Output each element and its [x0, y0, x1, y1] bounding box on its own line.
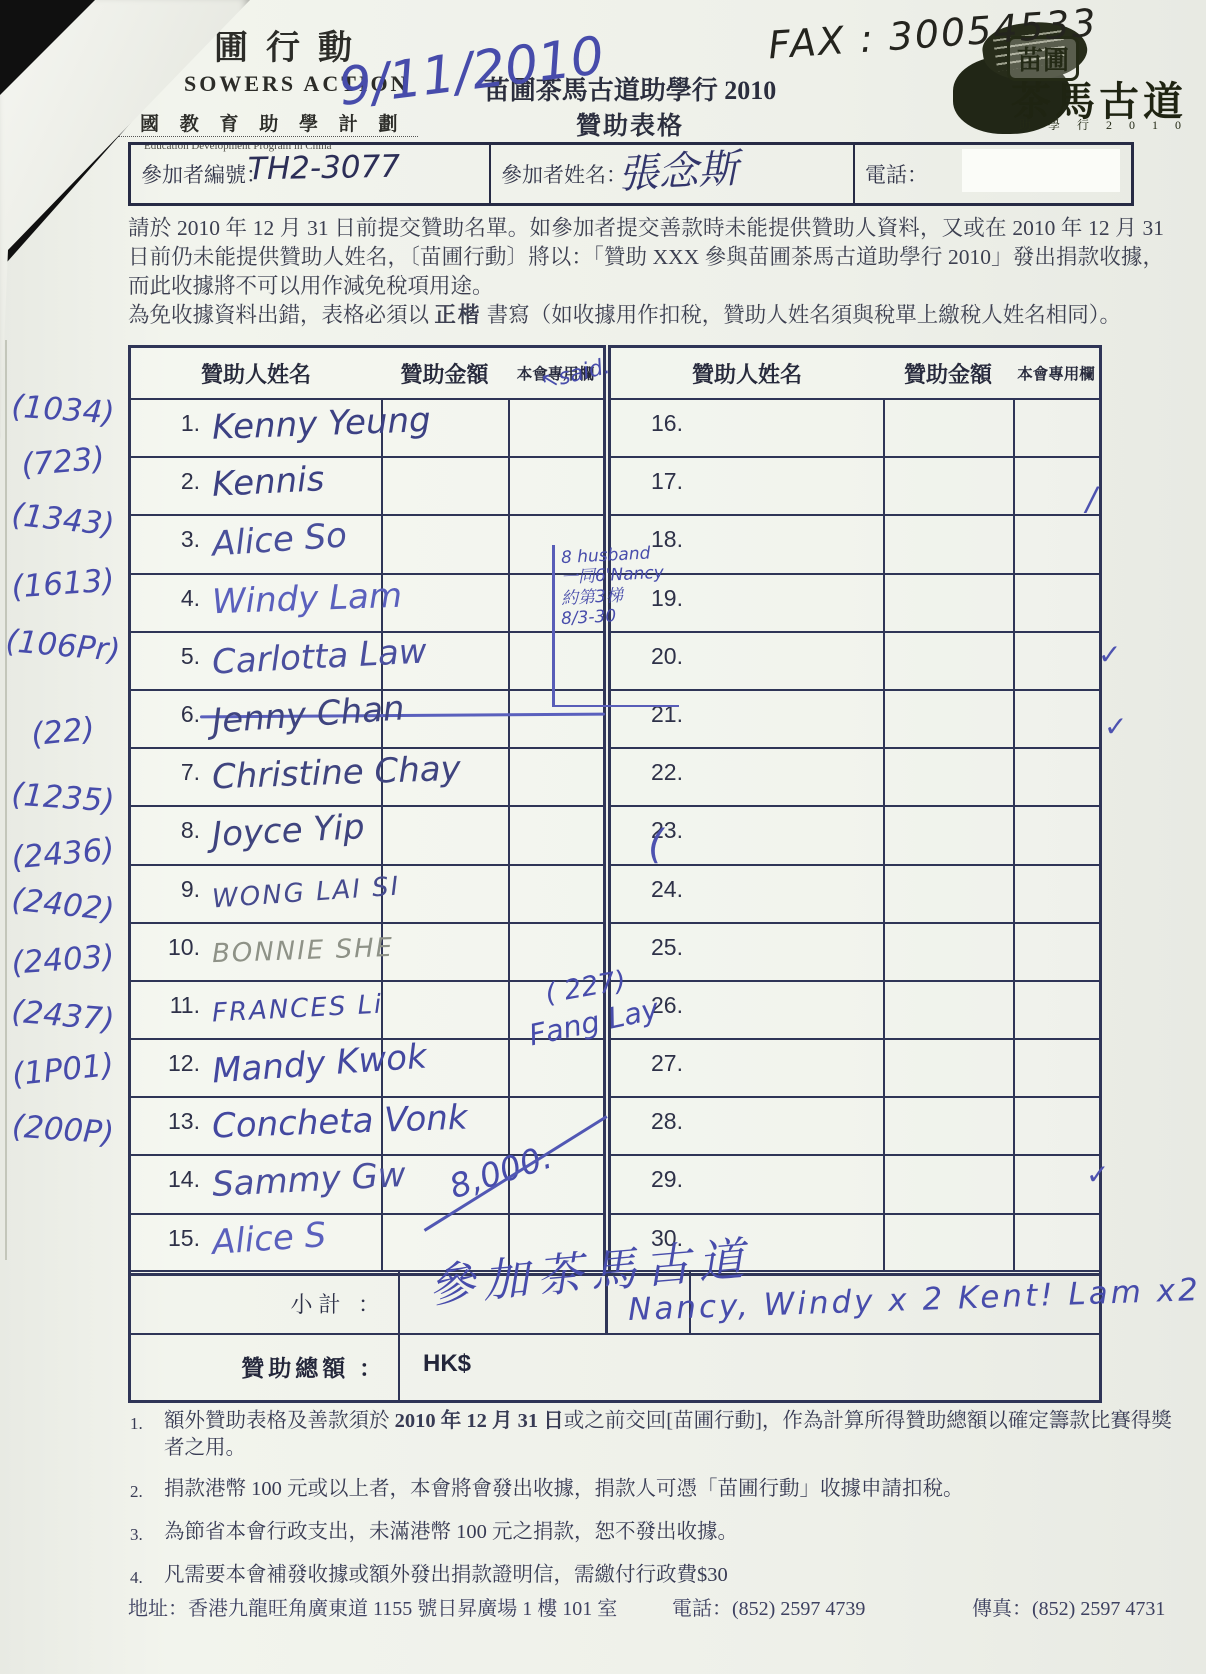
footer-address: 地址：香港九龍旺角廣東道 1155 號日昇廣場 1 樓 101 室 — [128, 1592, 617, 1621]
handwritten-sponsor-name: Jenny Chan — [211, 688, 406, 741]
footer-fax: 傳真：(852) 2597 4731 — [972, 1592, 1165, 1621]
row-number: 29. — [611, 1156, 691, 1193]
amount-cell — [883, 982, 1013, 1038]
row-number: 17. — [611, 458, 691, 495]
sponsor-name-cell: Alice S — [208, 1215, 381, 1271]
amount-cell — [883, 866, 1013, 922]
footnote-number: 4. — [130, 1562, 164, 1591]
instructions-p2-emphasis: 正楷 — [434, 303, 481, 327]
row-number-cell: 3. — [131, 516, 208, 572]
row-number-cell: 22. — [611, 749, 691, 805]
ink-mark: ( — [648, 822, 664, 868]
handwritten-sponsor-name: Windy Lam — [211, 575, 402, 622]
office-use-cell — [1013, 1215, 1099, 1271]
amount-cell — [883, 575, 1013, 631]
row-number: 8. — [131, 807, 208, 844]
total-label: 贊助總額 ： — [151, 1350, 386, 1383]
row-number-cell: 13. — [131, 1098, 208, 1154]
sponsor-name-cell: Kennis — [208, 458, 381, 514]
amount-cell — [381, 982, 508, 1038]
phone-whiteout — [962, 149, 1120, 192]
sponsor-row: 24. — [611, 864, 1099, 922]
row-number-cell: 29. — [611, 1156, 691, 1212]
row-number-cell: 6. — [131, 691, 208, 747]
row-number-cell: 16. — [611, 400, 691, 456]
instructions-p2-post: 書寫（如收據用作扣稅，贊助人姓名須與稅單上繳稅人姓名相同）。 — [481, 303, 1121, 327]
office-use-cell — [1013, 1098, 1099, 1154]
sponsor-row: 28. — [611, 1096, 1099, 1154]
ink-mark: ✓ — [1104, 710, 1127, 743]
sponsor-row: 2.Kennis — [131, 456, 603, 514]
handwritten-participant-id: TH2-3077 — [248, 149, 401, 188]
handwritten-sponsor-name: FRANCES Li — [211, 989, 384, 1028]
amount-cell — [883, 633, 1013, 689]
sponsor-row: 22. — [611, 747, 1099, 805]
amount-cell — [883, 1040, 1013, 1096]
sponsor-name-cell: Joyce Yip — [208, 807, 381, 863]
row-number: 27. — [611, 1040, 691, 1077]
col-header-amount: 贊助金額 — [381, 358, 508, 389]
row-number: 25. — [611, 924, 691, 961]
sponsor-name-cell: Concheta Vonk — [208, 1098, 381, 1154]
amount-cell — [883, 924, 1013, 980]
margin-reference-number: (2403) — [3, 938, 123, 982]
sponsor-row: 19. — [611, 573, 1099, 631]
sponsor-name-cell: FRANCES Li — [208, 982, 381, 1038]
sponsor-row: 21. — [611, 689, 1099, 747]
sponsor-table-left: 贊助人姓名 贊助金額 本會專用欄 1.Kenny Yeung2.Kennis3.… — [128, 345, 606, 1276]
row-number-cell: 4. — [131, 575, 208, 631]
sponsor-name-cell — [691, 516, 883, 572]
sponsor-name-cell: Alice So — [208, 516, 381, 572]
col-header-name: 贊助人姓名 — [611, 358, 883, 389]
summary-vline — [398, 1272, 400, 1400]
row-number-cell: 8. — [131, 807, 208, 863]
ink-mark: ✓ — [1098, 638, 1121, 671]
office-use-cell — [1013, 516, 1099, 572]
row-number: 3. — [131, 516, 208, 553]
row-number-cell: 15. — [131, 1215, 208, 1271]
sponsor-row: 27. — [611, 1038, 1099, 1096]
office-use-cell — [1013, 633, 1099, 689]
sponsor-name-cell — [691, 633, 883, 689]
footnote-text: 捐款港幣 100 元或以上者，本會將會發出收據，捐款人可憑「苗圃行動」收據申請扣… — [164, 1476, 964, 1505]
footnote-number: 2. — [130, 1476, 164, 1505]
amount-cell — [883, 749, 1013, 805]
sponsor-name-cell: Sammy Gw — [208, 1156, 381, 1212]
margin-reference-number: (2436) — [3, 831, 124, 877]
footnote-text: 為節省本會行政支出，未滿港幣 100 元之捐款，恕不發出收據。 — [164, 1519, 738, 1548]
col-header-office: 本會專用欄 — [1013, 362, 1099, 384]
office-use-cell — [1013, 982, 1099, 1038]
amount-cell — [381, 516, 508, 572]
handwritten-sponsor-name: Kenny Yeung — [211, 400, 431, 448]
office-use-cell — [1013, 575, 1099, 631]
handwritten-sponsor-name: BONNIE SHE — [212, 933, 395, 969]
stamp-sub-label: 助 學 行 2 0 1 0 — [1019, 116, 1188, 133]
office-use-cell — [1013, 866, 1099, 922]
row-number: 12. — [131, 1040, 208, 1077]
row-number: 15. — [131, 1215, 208, 1252]
instructions-paragraph: 請於 2010 年 12 月 31 日前提交贊助名單。如參加者提交善款時未能提供… — [128, 214, 1164, 330]
office-use-cell — [1013, 1040, 1099, 1096]
handwritten-participant-name: 張念斯 — [617, 137, 740, 200]
sponsor-row: 16. — [611, 398, 1099, 456]
sponsor-row: 29. — [611, 1154, 1099, 1212]
sponsor-name-cell: Kenny Yeung — [208, 400, 381, 456]
footer-phone: 電話：(852) 2597 4739 — [672, 1592, 865, 1621]
office-use-cell — [1013, 807, 1099, 863]
amount-cell — [381, 458, 508, 514]
footnote: 3. 為節省本會行政支出，未滿港幣 100 元之捐款，恕不發出收據。 — [130, 1519, 1180, 1548]
sponsor-row: 1.Kenny Yeung — [131, 398, 603, 456]
margin-reference-number: (2437) — [3, 993, 124, 1039]
sponsor-name-cell — [691, 749, 883, 805]
margin-reference-number: (1034) — [3, 388, 123, 432]
footnote: 2. 捐款港幣 100 元或以上者，本會將會發出收據，捐款人可憑「苗圃行動」收據… — [130, 1476, 1180, 1505]
sponsor-name-cell: BONNIE SHE — [208, 924, 381, 980]
row-number: 13. — [131, 1098, 208, 1135]
row-number: 24. — [611, 866, 691, 903]
row-number: 11. — [131, 982, 208, 1019]
form-subtitle: 贊助表格 — [420, 106, 840, 142]
row-number-cell: 11. — [131, 982, 208, 1038]
handwritten-sponsor-name: WONG LAI SI — [211, 871, 401, 914]
sponsor-name-cell — [691, 691, 883, 747]
handwritten-sponsor-name: Sammy Gw — [211, 1155, 407, 1205]
amount-cell — [883, 691, 1013, 747]
row-number: 10. — [131, 924, 208, 961]
row-number-cell: 7. — [131, 749, 208, 805]
sponsor-row: 17. — [611, 456, 1099, 514]
amount-cell — [883, 1156, 1013, 1212]
footnote-text: 凡需要本會補發收據或額外發出捐款證明信，需繳付行政費$30 — [164, 1562, 728, 1591]
office-use-cell — [1013, 691, 1099, 747]
office-use-cell — [508, 866, 603, 922]
sponsor-name-cell: WONG LAI SI — [208, 866, 381, 922]
row-number: 14. — [131, 1156, 208, 1193]
row-number: 9. — [131, 866, 208, 903]
row-number: 2. — [131, 458, 208, 495]
sponsor-row: 8.Joyce Yip — [131, 805, 603, 863]
subtotal-label: 小計 ： — [191, 1288, 386, 1319]
margin-reference-number: (200P) — [3, 1108, 123, 1152]
row-number-cell: 2. — [131, 458, 208, 514]
sponsor-name-cell — [691, 866, 883, 922]
row-number: 6. — [131, 691, 208, 728]
handwritten-sponsor-name: Alice So — [211, 516, 348, 565]
table-header-left: 贊助人姓名 贊助金額 本會專用欄 — [131, 348, 603, 398]
margin-reference-number: (1P01) — [2, 1046, 123, 1094]
office-use-cell — [1013, 400, 1099, 456]
row-number: 16. — [611, 400, 691, 437]
sponsor-row: 26. — [611, 980, 1099, 1038]
footnotes: 1. 額外贊助表格及善款須於 2010 年 12 月 31 日或之前交回[苗圃行… — [130, 1408, 1180, 1605]
amount-cell — [883, 458, 1013, 514]
sponsor-name-cell: Jenny Chan — [208, 691, 381, 747]
sponsor-name-cell — [691, 982, 883, 1038]
office-use-cell — [508, 400, 603, 456]
row-number-cell: 9. — [131, 866, 208, 922]
table-header-right: 贊助人姓名 贊助金額 本會專用欄 — [611, 348, 1099, 398]
footnote-bold: 2010 年 12 月 31 日 — [395, 1410, 564, 1432]
sponsor-name-cell: Windy Lam — [208, 575, 381, 631]
sponsor-row: 20. — [611, 631, 1099, 689]
sponsor-name-cell: Mandy Kwok — [208, 1040, 381, 1096]
instructions-p1: 請於 2010 年 12 月 31 日前提交贊助名單。如參加者提交善款時未能提供… — [128, 216, 1164, 298]
sponsor-name-cell — [691, 400, 883, 456]
amount-cell — [883, 516, 1013, 572]
row-number-cell: 14. — [131, 1156, 208, 1212]
ink-mark: ✓ — [1086, 1158, 1109, 1191]
row-number: 28. — [611, 1098, 691, 1135]
ink-mark: / — [1086, 480, 1097, 518]
row-number: 5. — [131, 633, 208, 670]
sponsor-name-cell — [691, 807, 883, 863]
sponsor-name-cell — [691, 924, 883, 980]
office-use-cell — [508, 1040, 603, 1096]
row-number: 4. — [131, 575, 208, 612]
sponsor-name-cell — [691, 458, 883, 514]
sponsor-row: 5.Carlotta Law — [131, 631, 603, 689]
office-use-cell — [508, 807, 603, 863]
margin-reference-number: (723) — [3, 439, 124, 485]
sponsor-name-cell: Carlotta Law — [208, 633, 381, 689]
footnote-text: 額外贊助表格及善款須於 — [164, 1410, 395, 1432]
scanned-sponsorship-form: 圃行動 SOWERS ACTION 國 教 育 助 學 計 劃 Educatio… — [0, 0, 1206, 1674]
total-currency: HK$ — [423, 1350, 471, 1378]
row-number-cell: 5. — [131, 633, 208, 689]
col-header-name: 贊助人姓名 — [131, 358, 381, 389]
summary-divider — [131, 1333, 1099, 1335]
row-number: 1. — [131, 400, 208, 437]
handwritten-sponsor-name: Alice S — [211, 1215, 328, 1263]
amount-cell — [381, 807, 508, 863]
sponsor-row: 4.Windy Lam — [131, 573, 603, 631]
footnote-number: 1. — [130, 1408, 164, 1462]
row-number: 7. — [131, 749, 208, 786]
handwritten-sponsor-name: Joyce Yip — [211, 807, 365, 855]
row-number-cell: 17. — [611, 458, 691, 514]
amount-cell — [883, 1098, 1013, 1154]
footnote: 1. 額外贊助表格及善款須於 2010 年 12 月 31 日或之前交回[苗圃行… — [130, 1408, 1180, 1462]
amount-cell — [883, 1215, 1013, 1271]
sponsor-name-cell: Christine Chay — [208, 749, 381, 805]
office-use-cell — [508, 749, 603, 805]
handwritten-husband-note: 8 husband 一同6'Nancy 約第3梯 8/3-30 — [552, 545, 679, 707]
row-number-cell: 28. — [611, 1098, 691, 1154]
sponsor-row: 10.BONNIE SHE — [131, 922, 603, 980]
margin-reference-number: (2402) — [2, 881, 123, 929]
amount-cell — [883, 807, 1013, 863]
sponsor-name-cell — [691, 575, 883, 631]
sponsor-row: 7.Christine Chay — [131, 747, 603, 805]
sponsor-name-cell — [691, 1098, 883, 1154]
margin-reference-number: (106Pr) — [3, 623, 124, 669]
row-number-cell: 12. — [131, 1040, 208, 1096]
row-number-cell: 27. — [611, 1040, 691, 1096]
footnote-number: 3. — [130, 1519, 164, 1548]
handwritten-sponsor-name: Kennis — [211, 459, 325, 505]
sponsor-row: 9.WONG LAI SI — [131, 864, 603, 922]
amount-cell — [381, 924, 508, 980]
sponsor-name-cell — [691, 1156, 883, 1212]
instructions-p2-pre: 為免收據資料出錯，表格必須以 — [128, 303, 434, 327]
office-use-cell — [1013, 749, 1099, 805]
sponsor-row: 18. — [611, 514, 1099, 572]
margin-reference-number: (1235) — [3, 776, 123, 820]
office-use-cell — [1013, 924, 1099, 980]
row-number-cell: 1. — [131, 400, 208, 456]
footnote: 4. 凡需要本會補發收據或額外發出捐款證明信，需繳付行政費$30 — [130, 1562, 1180, 1591]
row-number-cell: 24. — [611, 866, 691, 922]
amount-cell — [883, 400, 1013, 456]
sponsor-table-right: 贊助人姓名 贊助金額 本會專用欄 16.17.18.19.20.21.22.23… — [608, 345, 1102, 1276]
office-use-cell — [508, 458, 603, 514]
row-number-cell: 10. — [131, 924, 208, 980]
sponsor-row: 25. — [611, 922, 1099, 980]
col-header-amount: 贊助金額 — [883, 358, 1013, 389]
sponsor-name-cell — [691, 1040, 883, 1096]
margin-reference-number: (1343) — [2, 496, 123, 544]
sponsor-row: 23. — [611, 805, 1099, 863]
row-number: 22. — [611, 749, 691, 786]
sponsor-row: 3.Alice So — [131, 514, 603, 572]
margin-reference-number: (1613) — [3, 562, 123, 606]
margin-reference-number: (22) — [2, 708, 123, 756]
